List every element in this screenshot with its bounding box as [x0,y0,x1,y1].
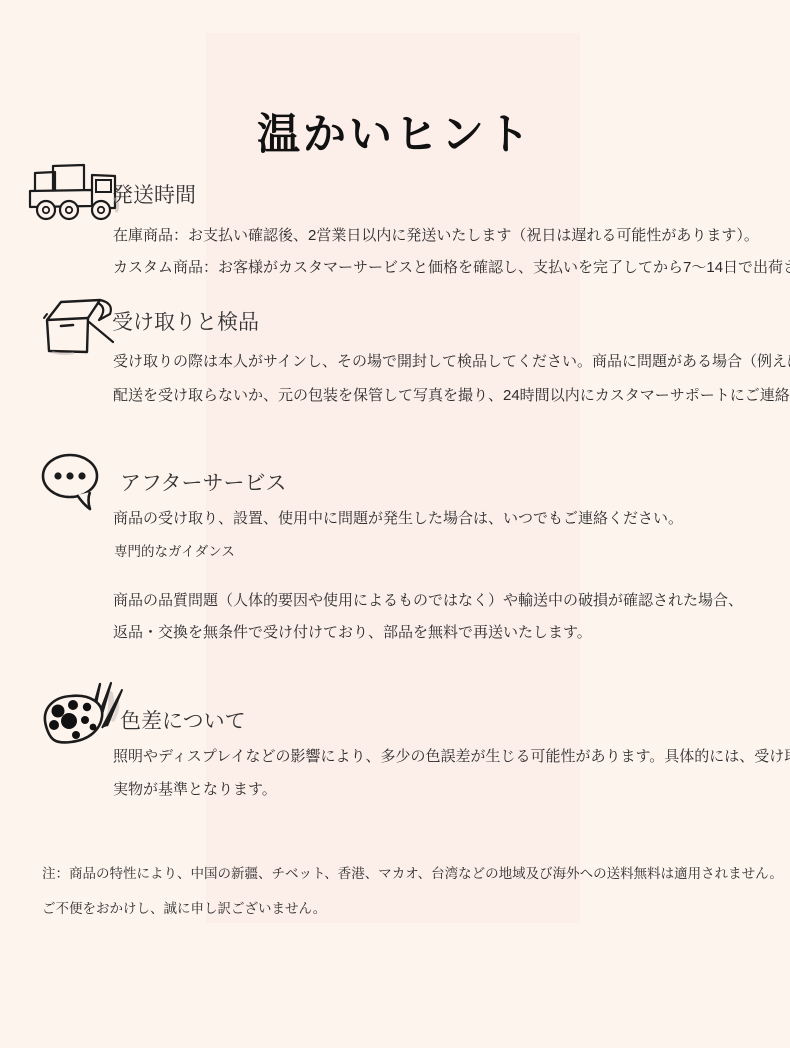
truck-icon [26,160,122,224]
after-service-line-2: 商品の品質問題（人体的要因や使用によるものではなく）や輸送中の破損が確認された場… [113,591,790,611]
palette-icon [38,676,128,756]
shipping-line-2: カスタム商品：お客様がカスタマーサービスと価格を確認し、支払いを完了してから7～… [113,258,790,278]
warm-hints-panel: 温かいヒント 発送時間 在庫商品：お支払い確認後、2営業日以内に発送いたします（… [0,0,790,1048]
footer-note-shipping-exclusions: 注：商品の特性により、中国の新疆、チベット、香港、マカオ、台湾などの地域及び海外… [42,862,790,882]
chat-bubble-icon [38,450,106,512]
inspection-line-1: 受け取りの際は本人がサインし、その場で開封して検品してください。商品に問題がある… [113,352,790,372]
section-heading-color-difference: 色差について [120,705,246,735]
inspection-line-2: 配送を受け取らないか、元の包装を保管して写真を撮り、24時間以内にカスタマーサポ… [113,386,790,406]
color-difference-line-2: 実物が基準となります。 [113,780,790,800]
section-heading-after-service: アフターサービス [120,467,287,497]
footer-note-apology: ご不便をおかけし、誠に申し訳ございません。 [42,897,790,917]
after-service-subnote: 専門的なガイダンス [114,540,235,560]
color-difference-line-1: 照明やディスプレイなどの影響により、多少の色誤差が生じる可能性があります。具体的… [113,747,790,767]
box-icon [36,290,116,364]
after-service-line-3: 返品・交換を無条件で受け付けており、部品を無料で再送いたします。 [113,623,790,643]
shipping-line-1: 在庫商品：お支払い確認後、2営業日以内に発送いたします（祝日は遅れる可能性があり… [113,226,790,246]
section-heading-shipping: 発送時間 [112,179,196,209]
page-title: 温かいヒント [0,101,790,162]
section-heading-inspection: 受け取りと検品 [112,306,259,336]
after-service-line-1: 商品の受け取り、設置、使用中に問題が発生した場合は、いつでもご連絡ください。 [113,509,790,529]
